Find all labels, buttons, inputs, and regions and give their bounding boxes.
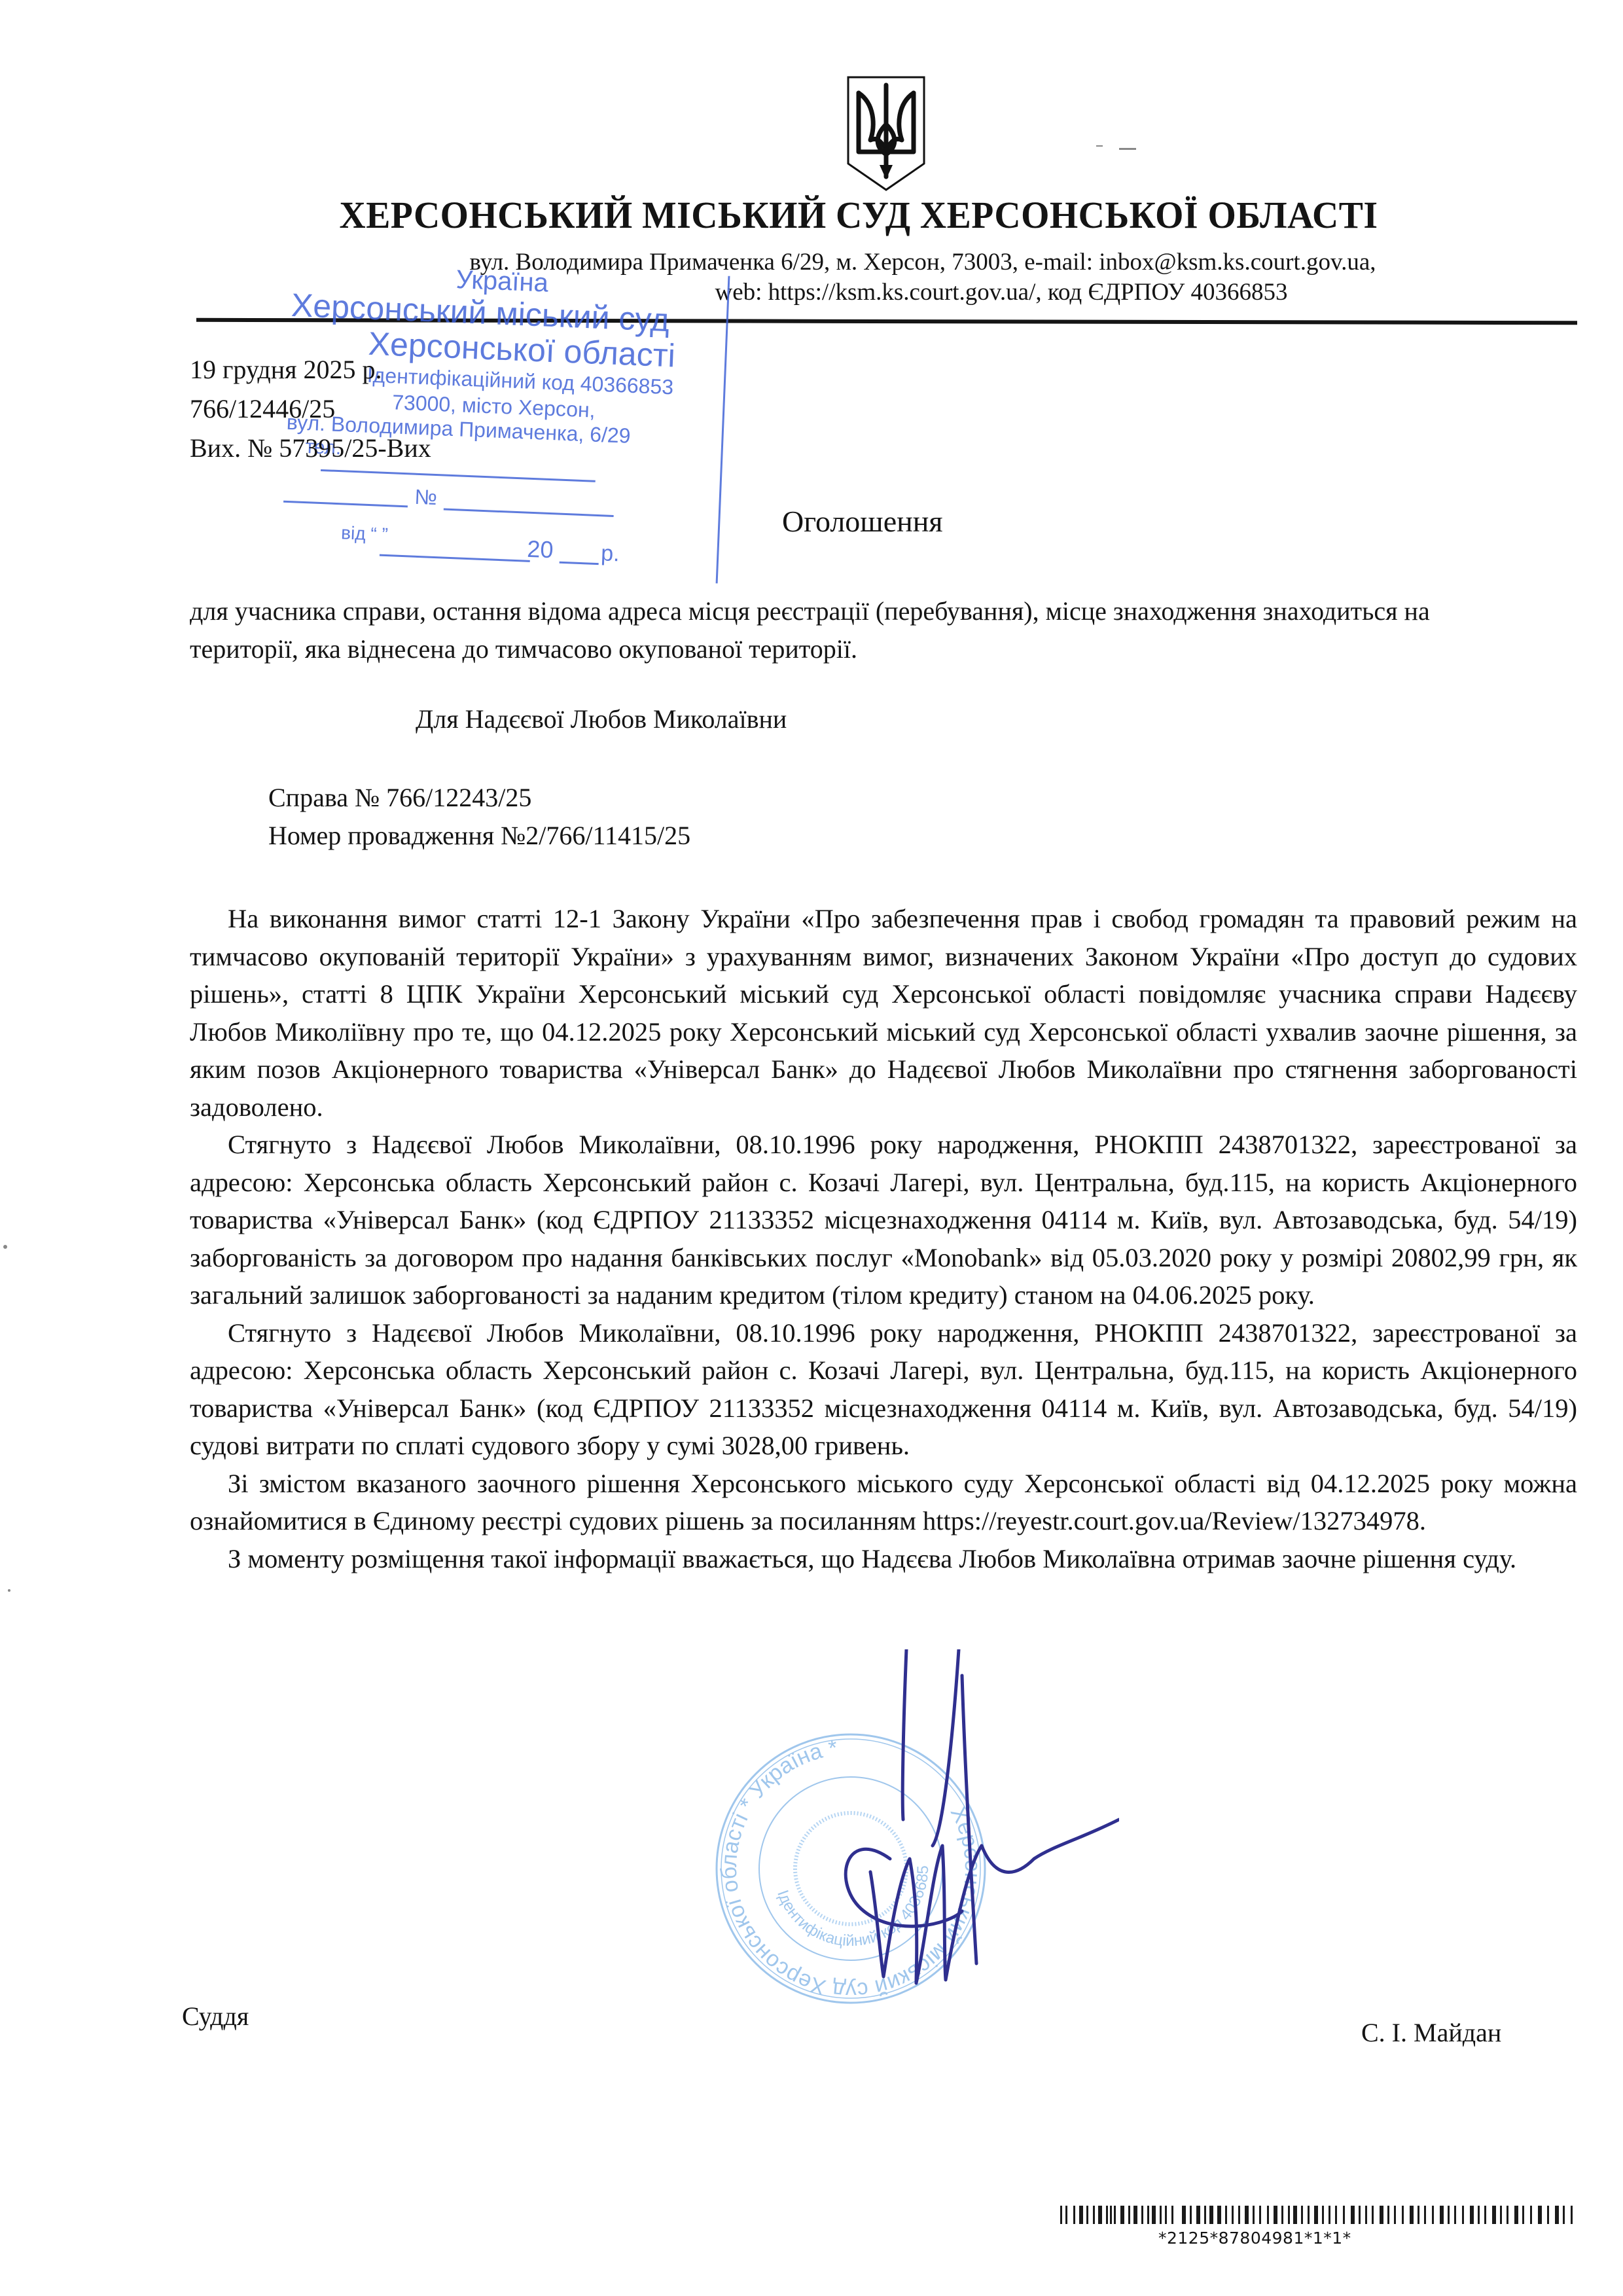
body-text: На виконання вимог статті 12-1 Закону Ук…: [190, 900, 1577, 1577]
stamp-number-line-right: [444, 509, 614, 517]
stamp-year-suffix: р.: [601, 541, 620, 567]
proceeding-number: Номер провадження №2/766/11415/25: [268, 817, 690, 855]
document-ref-number: 766/12446/25: [190, 389, 431, 429]
stamp-date-line: [380, 554, 530, 562]
stamp-phone-line: [321, 469, 596, 482]
document-meta: 19 грудня 2025 р. 766/12446/25 Вих. № 57…: [190, 350, 431, 468]
intro-text: для учасника справи, остання відома адре…: [190, 592, 1433, 668]
stamp-number-label: №: [414, 485, 438, 510]
stamp-from-label: від “ ”: [341, 522, 389, 545]
body-paragraph: На виконання вимог статті 12-1 Закону Ук…: [190, 900, 1577, 1126]
document-date: 19 грудня 2025 р.: [190, 350, 431, 389]
court-name-title: ХЕРСОНСЬКИЙ МІСЬКИЙ СУД ХЕРСОНСЬКОЇ ОБЛА…: [33, 193, 1591, 237]
judge-label: Суддя: [182, 2001, 249, 2032]
case-number: Справа № 766/12243/25: [268, 779, 690, 817]
stamp-year-label: 20: [527, 535, 554, 564]
case-info: Справа № 766/12243/25 Номер провадження …: [268, 779, 690, 855]
body-paragraph: Стягнуто з Надєєвої Любов Миколаївни, 08…: [190, 1126, 1577, 1314]
barcode-icon: [1060, 2206, 1577, 2224]
coat-of-arms-icon: [844, 73, 928, 192]
body-paragraph: Зі змістом вказаного заочного рішення Хе…: [190, 1465, 1577, 1540]
outgoing-number: Вих. № 57395/25-Вих: [190, 429, 431, 468]
body-paragraph: З моменту розміщення такої інформації вв…: [190, 1540, 1577, 1578]
judge-signature: [805, 1649, 1119, 2016]
body-paragraph: Стягнуто з Надєєвої Любов Миколаївни, 08…: [190, 1314, 1577, 1465]
addressee: Для Надєєвої Любов Миколаївни: [416, 704, 787, 734]
document-heading: Оголошення: [782, 504, 943, 539]
judge-name: С. І. Майдан: [1361, 2017, 1501, 2048]
stamp-year-line: [560, 562, 599, 565]
stamp-border: [716, 276, 730, 584]
stamp-number-line-left: [283, 501, 408, 508]
barcode-text: *2125*87804981*1*1*: [1158, 2229, 1351, 2248]
